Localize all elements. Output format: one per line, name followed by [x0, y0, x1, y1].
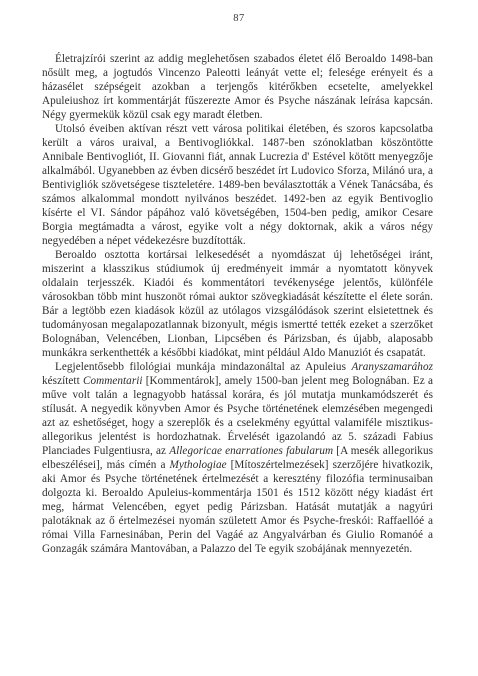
book-page: Életrajzírói szerint az addig meglehetős… — [0, 0, 478, 676]
paragraph-commentarii-legacy: Legjelentősebb filológiai munkája mindaz… — [42, 360, 433, 556]
text-segment: [Mítoszértelmezések] szerzőjére hivatkoz… — [42, 459, 433, 555]
paragraph-printing-editions: Beroaldo osztotta kortársai lelkesedését… — [42, 248, 433, 360]
text-segment: készített — [42, 375, 83, 387]
text-segment: Utolsó éveiben aktívan részt vett városa… — [42, 123, 433, 247]
italic-work-title-allegoricae: Allegoricae enarrationes fabularum — [169, 445, 333, 457]
italic-work-title-commentarii: Commentarii — [83, 375, 143, 387]
text-block: Életrajzírói szerint az addig meglehetős… — [42, 52, 433, 556]
paragraph-biography-marriage: Életrajzírói szerint az addig meglehetős… — [42, 52, 433, 122]
paragraph-political-life: Utolsó éveiben aktívan részt vett városa… — [42, 122, 433, 248]
page-number: 87 — [0, 13, 478, 24]
italic-work-title-mythologiae: Mythologiae — [170, 459, 227, 471]
italic-work-title-aranyszamar: Aranyszamarához — [351, 361, 433, 373]
text-segment: Életrajzírói szerint az addig meglehetős… — [42, 53, 433, 121]
text-segment: Beroaldo osztotta kortársai lelkesedését… — [42, 249, 433, 359]
text-segment: Legjelentősebb filológiai munkája mindaz… — [55, 361, 351, 373]
